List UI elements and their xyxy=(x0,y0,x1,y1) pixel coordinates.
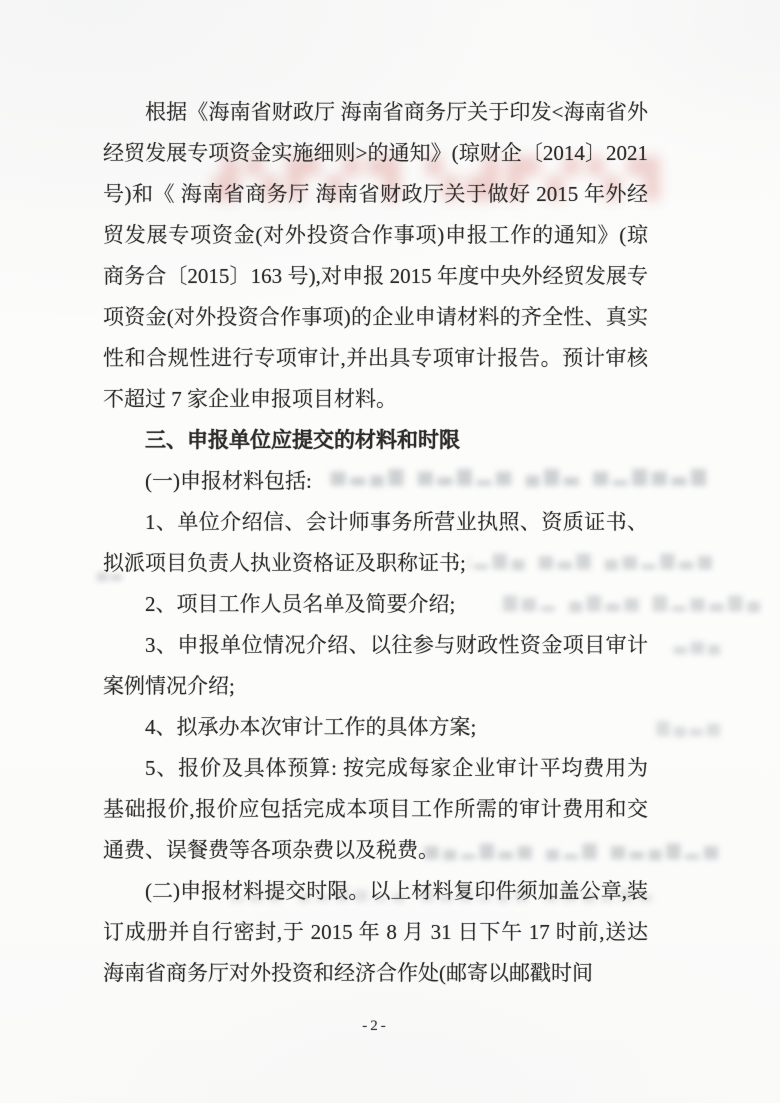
gray-ink-bleedthrough-artifact: ▄▅▃ xyxy=(668,636,720,658)
section-heading-3: 三、申报单位应提交的材料和时限 xyxy=(103,420,648,461)
list-item-2-staff-roster: 2、项目工作人员名单及简要介绍; xyxy=(103,584,648,625)
list-item-3-unit-profile: 3、申报单位情况介绍、以往参与财政性资金项目审计案例情况介绍; xyxy=(103,625,648,707)
list-item-1-credentials: 1、单位介绍信、会计师事务所营业执照、资质证书、拟派项目负责人执业资格证及职称证… xyxy=(103,502,648,584)
gray-ink-bleedthrough-artifact: ▅▃▄▆ xyxy=(636,718,720,740)
page-number: -2- xyxy=(103,1018,648,1035)
document-body: 根据《海南省财政厅 海南省商务厅关于印发<海南省外经贸发展专项资金实施细则>的通… xyxy=(103,92,648,994)
list-item-5-quotation-budget: 5、报价及具体预算: 按完成每家企业审计平均费用为基础报价,报价应包括完成本项目… xyxy=(103,748,648,871)
paragraph-submission-deadline: (二)申报材料提交时限。以上材料复印件须加盖公章,装订成册并自行密封,于 201… xyxy=(103,871,648,994)
paragraph-materials-intro: (一)申报材料包括: xyxy=(103,461,648,502)
list-item-4-audit-plan: 4、拟承办本次审计工作的具体方案; xyxy=(103,707,648,748)
scanned-document-page: ▛▞▚▜▙▞ ▛▚▜▞▙ ▜▛▞▚▙▜ ▆▃▅▆▂▅ ▃▆▄ ▅▂▆▃▅ ▆▄▃… xyxy=(0,0,780,1103)
paragraph-legal-basis: 根据《海南省财政厅 海南省商务厅关于印发<海南省外经贸发展专项资金实施细则>的通… xyxy=(103,92,648,420)
